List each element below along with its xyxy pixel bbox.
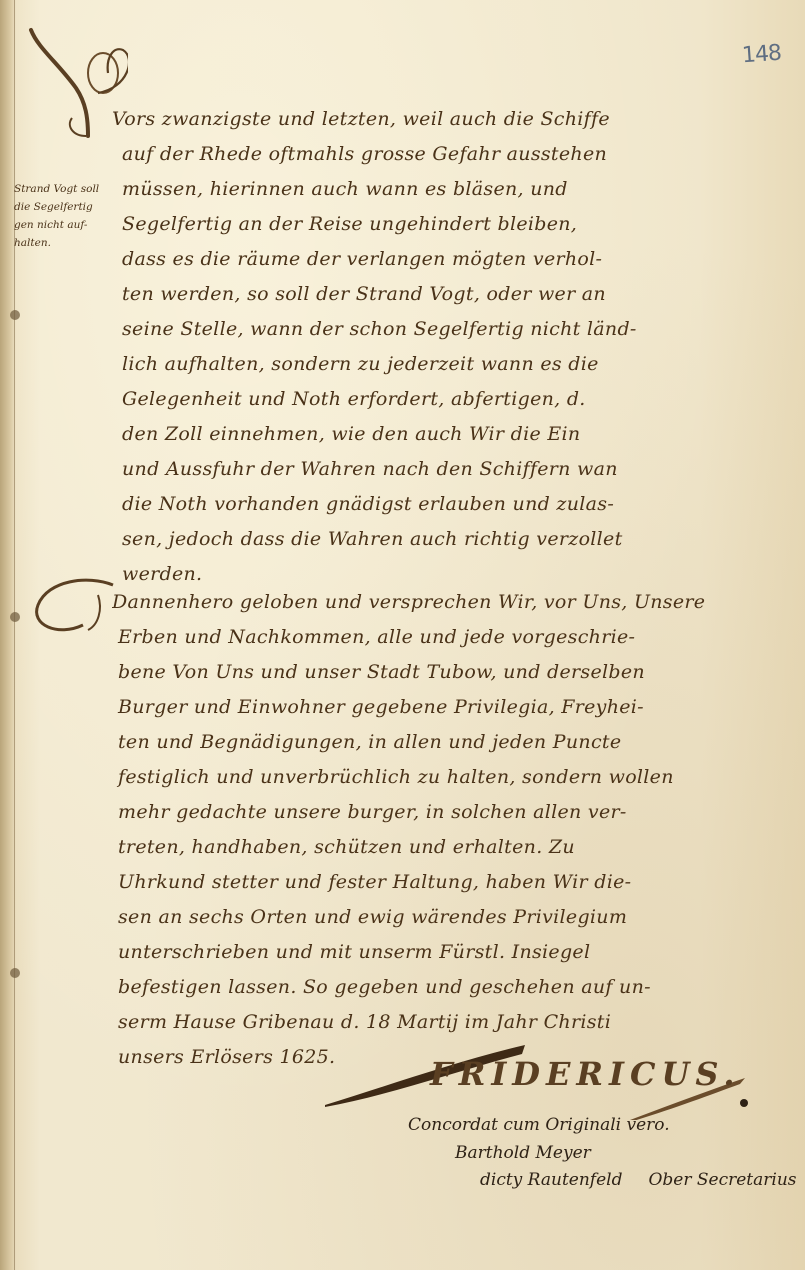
text-line: festiglich und unverbrüchlich zu halten,… bbox=[112, 760, 784, 795]
marginal-note-line: halten. bbox=[14, 234, 124, 252]
certification-signer-alias: dicty Rautenfeld bbox=[480, 1170, 622, 1190]
text-line: sen an sechs Orten und ewig wärendes Pri… bbox=[112, 900, 784, 935]
text-line: müssen, hierinnen auch wann es bläsen, u… bbox=[112, 172, 784, 207]
text-line: sen, jedoch dass die Wahren auch richtig… bbox=[112, 522, 784, 557]
marginal-note-line: die Segelfertig bbox=[14, 198, 124, 216]
signature-fridericus: FRIDERICUS. bbox=[430, 1055, 740, 1093]
text-line: serm Hause Gribenau d. 18 Martij im Jahr… bbox=[112, 1005, 784, 1040]
text-line: auf der Rhede oftmahls grosse Gefahr aus… bbox=[112, 137, 784, 172]
text-line: Dannenhero geloben und versprechen Wir, … bbox=[112, 585, 784, 620]
paragraph-article-20: Vors zwanzigste und letzten, weil auch d… bbox=[112, 102, 784, 592]
text-line: Vors zwanzigste und letzten, weil auch d… bbox=[112, 102, 784, 137]
text-line: Erben und Nachkommen, alle und jede vorg… bbox=[112, 620, 784, 655]
decorated-initial-d-icon bbox=[28, 575, 118, 640]
text-line: ten werden, so soll der Strand Vogt, ode… bbox=[112, 277, 784, 312]
text-line: Gelegenheit und Noth erfordert, abfertig… bbox=[112, 382, 784, 417]
marginal-note-line: Strand Vogt soll bbox=[14, 180, 124, 198]
text-line: ten und Begnädigungen, in allen und jede… bbox=[112, 725, 784, 760]
text-line: seine Stelle, wann der schon Segelfertig… bbox=[112, 312, 784, 347]
certification-signer-line: dicty RautenfeldOber Secretarius bbox=[480, 1170, 797, 1190]
text-line: Burger und Einwohner gegebene Privilegia… bbox=[112, 690, 784, 725]
text-line: Uhrkund stetter und fester Haltung, habe… bbox=[112, 865, 784, 900]
text-line: lich aufhalten, sondern zu jederzeit wan… bbox=[112, 347, 784, 382]
text-line: mehr gedachte unsere burger, in solchen … bbox=[112, 795, 784, 830]
marginal-note: Strand Vogt soll die Segelfertig gen nic… bbox=[14, 180, 124, 252]
folio-number: 148 bbox=[741, 41, 782, 69]
manuscript-page: 148 Strand Vogt soll die Segelfertig gen… bbox=[0, 0, 805, 1270]
marginal-note-line: gen nicht auf- bbox=[14, 216, 124, 234]
text-line: Segelfertig an der Reise ungehindert ble… bbox=[112, 207, 784, 242]
text-line: bene Von Uns und unser Stadt Tubow, und … bbox=[112, 655, 784, 690]
certification-signer-name: Barthold Meyer bbox=[455, 1143, 591, 1163]
text-line: dass es die räume der verlangen mögten v… bbox=[112, 242, 784, 277]
binding-stitch bbox=[10, 968, 20, 978]
text-line: die Noth vorhanden gnädigst erlauben und… bbox=[112, 487, 784, 522]
binding-stitch bbox=[10, 310, 20, 320]
text-line: unterschrieben und mit unserm Fürstl. In… bbox=[112, 935, 784, 970]
certification-concordat: Concordat cum Originali vero. bbox=[408, 1115, 670, 1135]
text-line: befestigen lassen. So gegeben und gesche… bbox=[112, 970, 784, 1005]
paragraph-confirmation: Dannenhero geloben und versprechen Wir, … bbox=[112, 585, 784, 1075]
binding-stitch bbox=[10, 612, 20, 622]
text-line: treten, handhaben, schützen und erhalten… bbox=[112, 830, 784, 865]
text-line: den Zoll einnehmen, wie den auch Wir die… bbox=[112, 417, 784, 452]
text-line: und Aussfuhr der Wahren nach den Schiffe… bbox=[112, 452, 784, 487]
certification-signer-title: Ober Secretarius bbox=[648, 1170, 796, 1190]
